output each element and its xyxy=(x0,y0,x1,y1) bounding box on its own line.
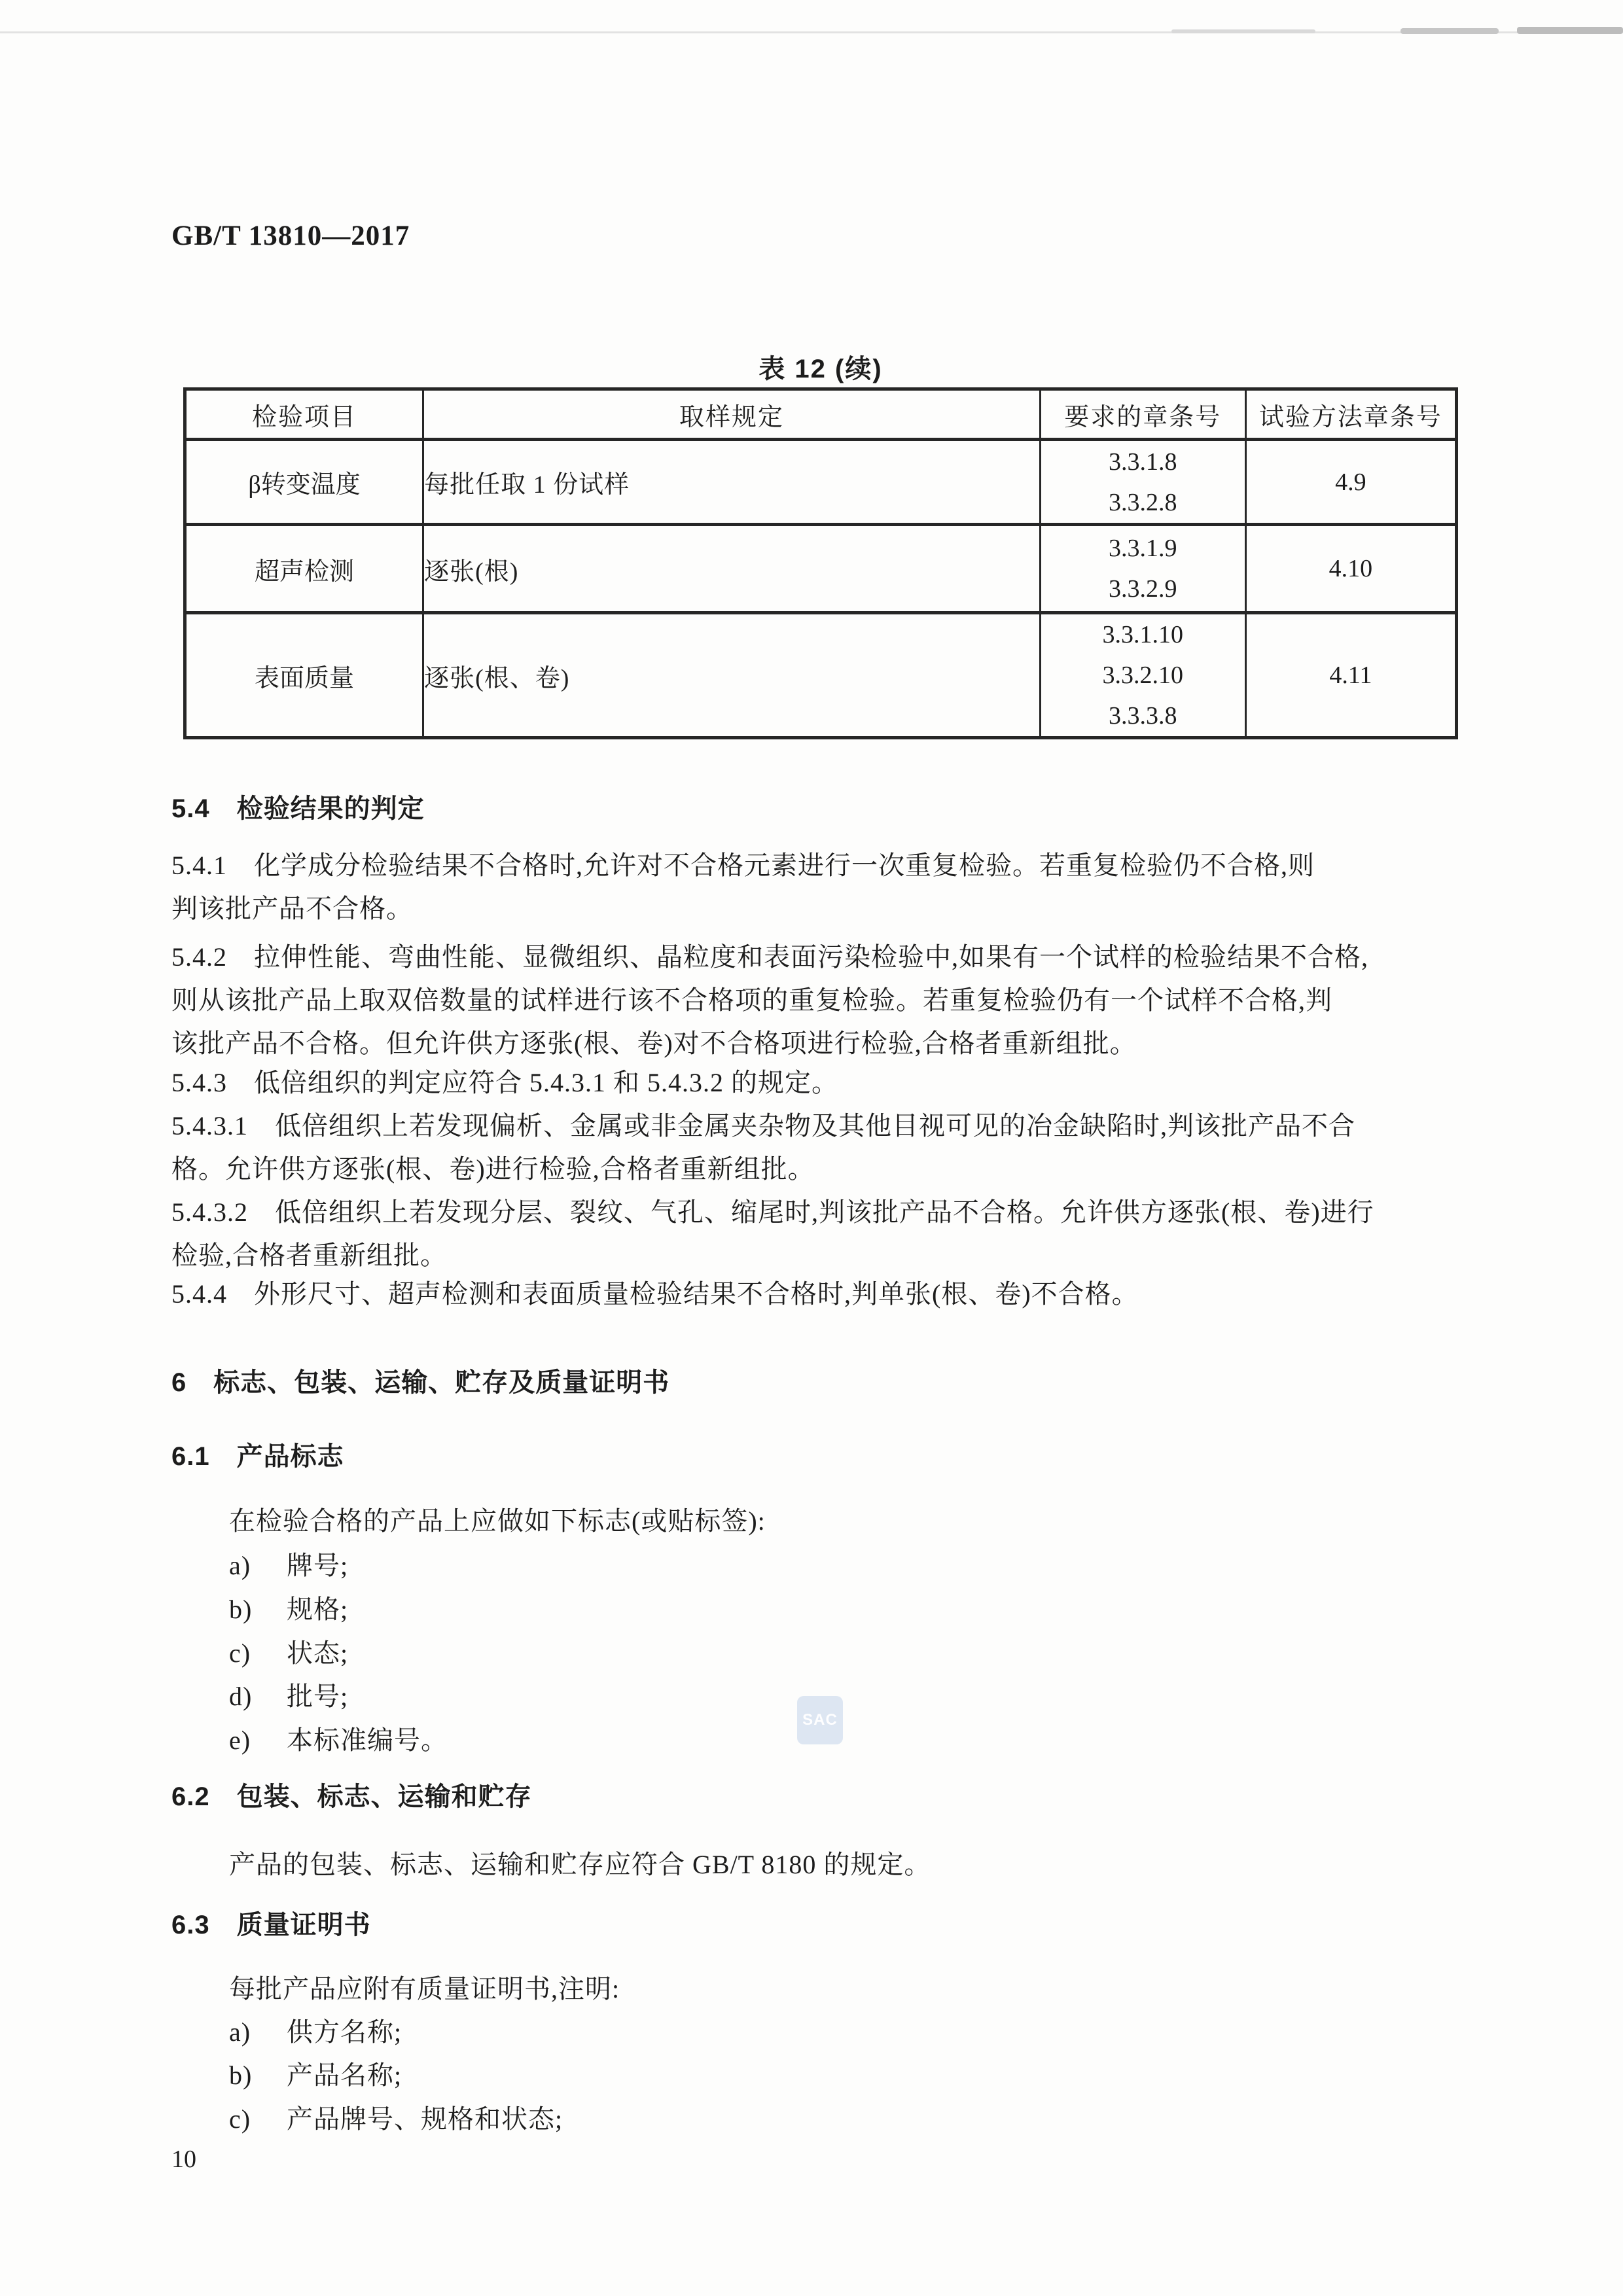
paragraph-line: 格。允许供方逐张(根、卷)进行检验,合格者重新组批。 xyxy=(171,1148,1355,1191)
requirement-ref: 3.3.2.10 xyxy=(1041,655,1245,696)
table-row: 表面质量 逐张(根、卷) 3.3.1.10 3.3.2.10 3.3.3.8 4… xyxy=(185,613,1457,738)
clause-5-4-3: 5.4.3 低倍组织的判定应符合 5.4.3.1 和 5.4.3.2 的规定。 xyxy=(171,1061,838,1104)
scan-artifact-smudge xyxy=(1400,28,1499,34)
requirement-ref: 3.3.2.8 xyxy=(1041,482,1245,523)
list-text: 本标准编号。 xyxy=(287,1725,448,1755)
requirement-ref: 3.3.1.8 xyxy=(1041,442,1245,482)
standard-number: GB/T 13810—2017 xyxy=(171,220,410,252)
cell-item: 表面质量 xyxy=(185,613,423,738)
page-number: 10 xyxy=(171,2138,196,2181)
scan-artifact-line xyxy=(0,31,1623,33)
sac-watermark: SAC xyxy=(797,1696,843,1744)
list-text: 批号; xyxy=(287,1682,348,1711)
list-item: d)批号; xyxy=(229,1675,348,1718)
paragraph-line: 该批产品不合格。但允许供方逐张(根、卷)对不合格项进行检验,合格者重新组批。 xyxy=(171,1022,1368,1065)
cell-sampling: 逐张(根、卷) xyxy=(423,613,1041,738)
list-marker: b) xyxy=(229,1588,287,1631)
list-text: 产品牌号、规格和状态; xyxy=(287,2104,563,2134)
list-marker: d) xyxy=(229,1675,287,1718)
clause-5-4-2: 5.4.2 拉伸性能、弯曲性能、显微组织、晶粒度和表面污染检验中,如果有一个试样… xyxy=(171,936,1368,1065)
table-header-row: 检验项目 取样规定 要求的章条号 试验方法章条号 xyxy=(185,389,1457,440)
cell-requirement: 3.3.1.8 3.3.2.8 xyxy=(1040,440,1245,525)
col-header-sampling: 取样规定 xyxy=(423,389,1041,440)
paragraph-line: 5.4.2 拉伸性能、弯曲性能、显微组织、晶粒度和表面污染检验中,如果有一个试样… xyxy=(171,936,1368,979)
list-text: 牌号; xyxy=(287,1551,348,1580)
clause-5-4-heading: 5.4 检验结果的判定 xyxy=(171,789,425,828)
cell-requirement: 3.3.1.10 3.3.2.10 3.3.3.8 xyxy=(1040,613,1245,738)
clause-5-4-3-2: 5.4.3.2 低倍组织上若发现分层、裂纹、气孔、缩尾时,判该批产品不合格。允许… xyxy=(171,1191,1374,1277)
cell-item: 超声检测 xyxy=(185,525,423,613)
list-item: b)规格; xyxy=(229,1588,348,1631)
clause-6-1-heading: 6.1 产品标志 xyxy=(171,1437,344,1476)
cell-requirement: 3.3.1.9 3.3.2.9 xyxy=(1040,525,1245,613)
clause-6-2-body: 产品的包装、标志、运输和贮存应符合 GB/T 8180 的规定。 xyxy=(229,1843,931,1886)
list-text: 供方名称; xyxy=(287,2017,402,2047)
requirement-ref: 3.3.1.10 xyxy=(1041,614,1245,655)
clause-5-4-4: 5.4.4 外形尺寸、超声检测和表面质量检验结果不合格时,判单张(根、卷)不合格… xyxy=(171,1273,1139,1316)
paragraph-line: 检验,合格者重新组批。 xyxy=(171,1234,1374,1277)
cell-method: 4.11 xyxy=(1245,613,1456,738)
paragraph-line: 判该批产品不合格。 xyxy=(171,887,1315,930)
clause-6-1-intro: 在检验合格的产品上应做如下标志(或贴标签): xyxy=(229,1500,766,1543)
paragraph-line: 5.4.1 化学成分检验结果不合格时,允许对不合格元素进行一次重复检验。若重复检… xyxy=(171,844,1315,887)
list-item: b)产品名称; xyxy=(229,2054,402,2097)
scan-artifact-smudge xyxy=(1517,27,1623,34)
list-text: 规格; xyxy=(287,1595,348,1624)
requirement-ref: 3.3.3.8 xyxy=(1041,696,1245,736)
cell-item: β转变温度 xyxy=(185,440,423,525)
table-row: β转变温度 每批任取 1 份试样 3.3.1.8 3.3.2.8 4.9 xyxy=(185,440,1457,525)
col-header-method: 试验方法章条号 xyxy=(1245,389,1456,440)
paragraph-line: 5.4.3.1 低倍组织上若发现偏析、金属或非金属夹杂物及其他目视可见的冶金缺陷… xyxy=(171,1104,1355,1148)
list-item: c)状态; xyxy=(229,1632,348,1675)
requirement-ref: 3.3.1.9 xyxy=(1041,528,1245,569)
list-marker: e) xyxy=(229,1719,287,1762)
col-header-requirement: 要求的章条号 xyxy=(1040,389,1245,440)
list-item: e)本标准编号。 xyxy=(229,1719,448,1762)
paragraph-line: 5.4.3.2 低倍组织上若发现分层、裂纹、气孔、缩尾时,判该批产品不合格。允许… xyxy=(171,1191,1374,1234)
clause-6-3-intro: 每批产品应附有质量证明书,注明: xyxy=(229,1968,620,2011)
list-marker: c) xyxy=(229,1632,287,1675)
list-item: c)产品牌号、规格和状态; xyxy=(229,2098,563,2141)
inspection-table: 检验项目 取样规定 要求的章条号 试验方法章条号 β转变温度 每批任取 1 份试… xyxy=(183,387,1458,739)
table-row: 超声检测 逐张(根) 3.3.1.9 3.3.2.9 4.10 xyxy=(185,525,1457,613)
col-header-item: 检验项目 xyxy=(185,389,423,440)
clause-6-3-heading: 6.3 质量证明书 xyxy=(171,1905,371,1945)
cell-sampling: 逐张(根) xyxy=(423,525,1041,613)
requirement-ref: 3.3.2.9 xyxy=(1041,569,1245,609)
table-caption: 表 12 (续) xyxy=(183,348,1458,385)
list-item: a)供方名称; xyxy=(229,2011,402,2054)
cell-sampling: 每批任取 1 份试样 xyxy=(423,440,1041,525)
paragraph-line: 则从该批产品上取双倍数量的试样进行该不合格项的重复检验。若重复检验仍有一个试样不… xyxy=(171,979,1368,1022)
clause-5-4-3-1: 5.4.3.1 低倍组织上若发现偏析、金属或非金属夹杂物及其他目视可见的冶金缺陷… xyxy=(171,1104,1355,1191)
list-marker: b) xyxy=(229,2054,287,2097)
list-item: a)牌号; xyxy=(229,1544,348,1587)
list-marker: a) xyxy=(229,2011,287,2054)
cell-method: 4.10 xyxy=(1245,525,1456,613)
cell-method: 4.9 xyxy=(1245,440,1456,525)
document-page: GB/T 13810—2017 表 12 (续) 检验项目 取样规定 要求的章条… xyxy=(0,0,1623,2296)
clause-6-heading: 6 标志、包装、运输、贮存及质量证明书 xyxy=(171,1363,669,1402)
scan-artifact-smudge xyxy=(1171,29,1315,33)
list-text: 状态; xyxy=(287,1638,348,1668)
clause-6-2-heading: 6.2 包装、标志、运输和贮存 xyxy=(171,1777,532,1816)
clause-5-4-1: 5.4.1 化学成分检验结果不合格时,允许对不合格元素进行一次重复检验。若重复检… xyxy=(171,844,1315,930)
list-marker: c) xyxy=(229,2098,287,2141)
list-marker: a) xyxy=(229,1544,287,1587)
list-text: 产品名称; xyxy=(287,2060,402,2090)
